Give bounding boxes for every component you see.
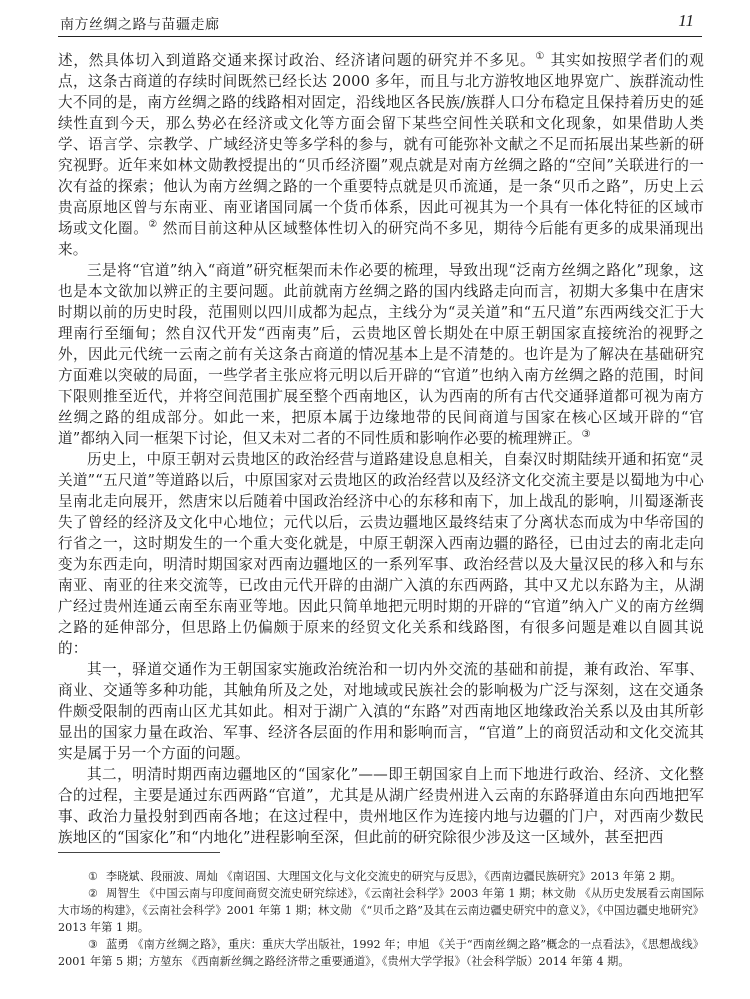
body-text: 述，然具体切入到道路交通来探讨政治、经济诸问题的研究并不多见。① 其实如按照学者… bbox=[58, 50, 704, 848]
paragraph-text: 三是将“官道”纳入“商道”研究框架而未作必要的梳理，导致出现“泛南方丝绸之路化”… bbox=[58, 262, 704, 447]
footnotes: ①李晓斌、段丽波、周灿 《南诏国、大理国文化与文化交流史的研究与反思》，《西南边… bbox=[58, 868, 704, 970]
footnote-text: 李晓斌、段丽波、周灿 《南诏国、大理国文化与文化交流史的研究与反思》，《西南边疆… bbox=[106, 870, 682, 883]
footnote-mark: ① bbox=[88, 868, 98, 885]
paragraph-text: 历史上，中原王朝对云贵地区的政治经营与道路建设息息相关，自秦汉时期陆续开通和拓宽… bbox=[58, 451, 704, 657]
footnote-ref-2[interactable]: ② bbox=[148, 219, 157, 230]
footnote-2: ②周智生 《中国云南与印度间商贸交流史研究综述》，《云南社会科学》2003 年第… bbox=[58, 885, 704, 936]
footnote-mark: ② bbox=[88, 885, 98, 902]
running-header: 南方丝绸之路与苗疆走廊 11 bbox=[58, 10, 702, 37]
footnote-ref-1[interactable]: ① bbox=[535, 51, 545, 62]
paragraph-5: 其二，明清时期西南边疆地区的“国家化”——即王朝国家自上而下地进行政治、经济、文… bbox=[58, 764, 704, 848]
paragraph-3: 历史上，中原王朝对云贵地区的政治经营与道路建设息息相关，自秦汉时期陆续开通和拓宽… bbox=[58, 449, 704, 659]
running-header-title: 南方丝绸之路与苗疆走廊 bbox=[60, 14, 220, 34]
footnote-divider bbox=[58, 852, 220, 853]
paragraph-text: 其实如按照学者们的观点，这条古商道的存续时间既然已经长达 2000 多年，而且与… bbox=[58, 52, 704, 237]
footnote-1: ①李晓斌、段丽波、周灿 《南诏国、大理国文化与文化交流史的研究与反思》，《西南边… bbox=[58, 868, 704, 885]
footnote-text: 蓝勇 《南方丝绸之路》，重庆：重庆大学出版社，1992 年；申旭 《关于“西南丝… bbox=[58, 938, 704, 968]
paragraph-4: 其一，驿道交通作为王朝国家实施政治统治和一切内外交流的基础和前提，兼有政治、军事… bbox=[58, 659, 704, 764]
footnote-3: ③蓝勇 《南方丝绸之路》，重庆：重庆大学出版社，1992 年；申旭 《关于“西南… bbox=[58, 936, 704, 970]
paragraph-text: 其二，明清时期西南边疆地区的“国家化”——即王朝国家自上而下地进行政治、经济、文… bbox=[58, 766, 704, 846]
footnote-text: 周智生 《中国云南与印度间商贸交流史研究综述》，《云南社会科学》2003 年第 … bbox=[58, 887, 704, 934]
page-number: 11 bbox=[678, 11, 694, 31]
paragraph-text: 其一，驿道交通作为王朝国家实施政治统治和一切内外交流的基础和前提，兼有政治、军事… bbox=[58, 661, 704, 762]
paragraph-2: 三是将“官道”纳入“商道”研究框架而未作必要的梳理，导致出现“泛南方丝绸之路化”… bbox=[58, 260, 704, 449]
paragraph-text: 述，然具体切入到道路交通来探讨政治、经济诸问题的研究并不多见。 bbox=[58, 52, 535, 69]
footnote-mark: ③ bbox=[88, 936, 98, 953]
paragraph-1: 述，然具体切入到道路交通来探讨政治、经济诸问题的研究并不多见。① 其实如按照学者… bbox=[58, 50, 704, 260]
footnote-ref-3[interactable]: ③ bbox=[582, 429, 591, 440]
